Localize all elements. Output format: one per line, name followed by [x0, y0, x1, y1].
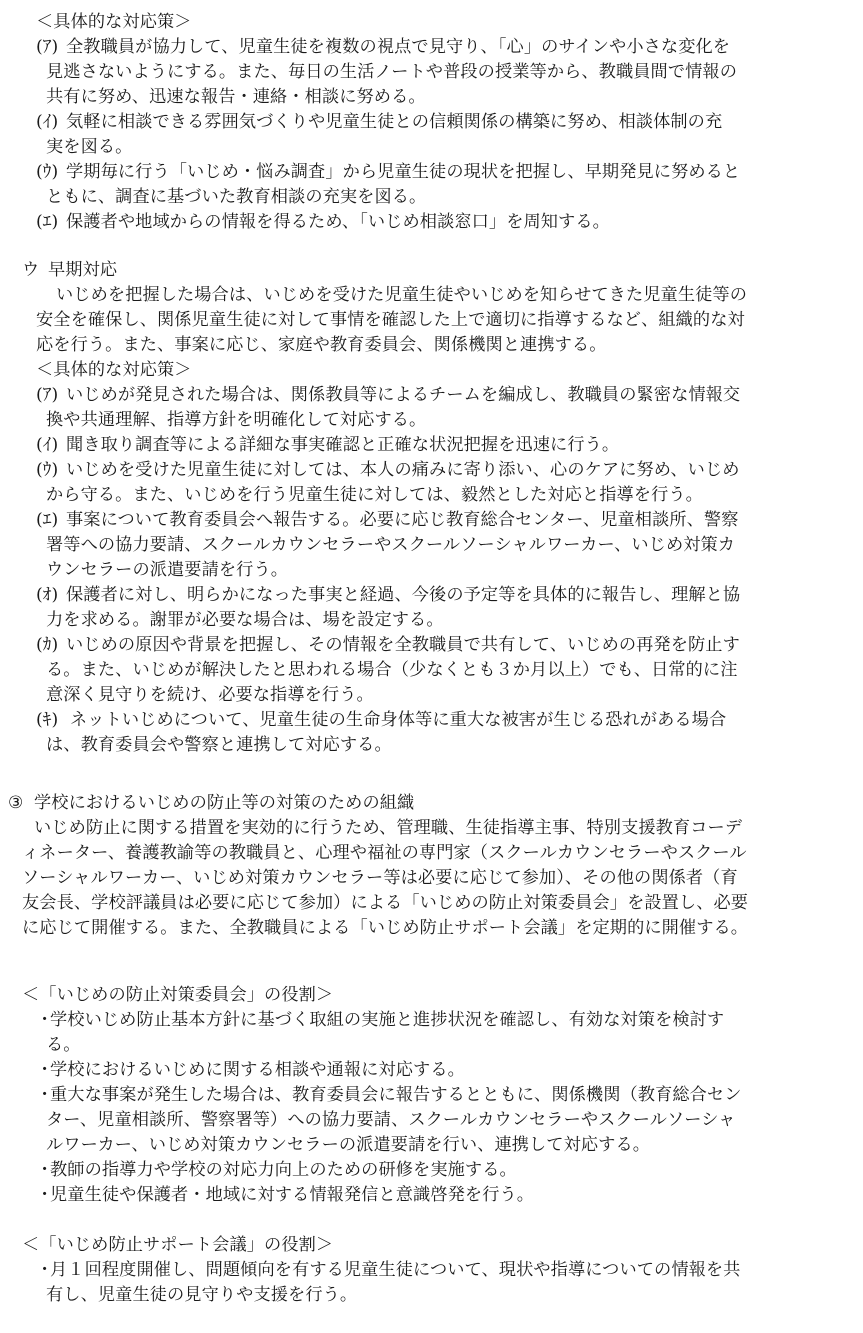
item-line: 見逃さないようにする。また、毎日の生活ノートや普段の授業等から、教職員間で情報の — [46, 60, 737, 85]
subsection-heading: ＜「いじめ防止サポート会議」の役割＞ — [22, 1233, 333, 1258]
item-line: 学期毎に行う「いじめ・悩み調査」から児童生徒の現状を把握し、早期発見に努めると — [66, 160, 740, 185]
item-line: 全教職員が協力して、児童生徒を複数の視点で見守り、「心」のサインや小さな変化を — [66, 35, 730, 60]
item-line: は、教育委員会や警察と連携して対応する。 — [46, 733, 392, 758]
item-line: から守る。また、いじめを行う児童生徒に対しては、毅然とした対応と指導を行う。 — [46, 483, 703, 508]
item-line: 力を求める。謝罪が必要な場合は、場を設定する。 — [46, 608, 444, 633]
bullet-line: ルワーカー、いじめ対策カウンセラーの派遣要請を行い、連携して対応する。 — [46, 1133, 650, 1158]
item-marker: (ｳ) — [36, 458, 58, 483]
item-line: 署等への協力要請、スクールカウンセラーやスクールソーシャルワーカー、いじめ対策カ — [46, 533, 735, 558]
paragraph-line: 安全を確保し、関係児童生徒に対して事情を確認した上で適切に指導するなど、組織的な… — [36, 308, 745, 333]
item-line: 実を図る。 — [46, 135, 132, 160]
paragraph-line: 応を行う。また、事案に応じ、家庭や教育委員会、関係機関と連携する。 — [36, 333, 607, 358]
item-line: ともに、調査に基づいた教育相談の充実を図る。 — [46, 185, 426, 210]
measures-heading: ＜具体的な対応策＞ — [36, 358, 192, 383]
item-line: 保護者や地域からの情報を得るため、「いじめ相談窓口」を周知する。 — [66, 210, 610, 235]
item-line: る。また、いじめが解決したと思われる場合（少なくとも３か月以上）でも、日常的に注 — [46, 658, 738, 683]
bullet-line: 学校いじめ防止基本方針に基づく取組の実施と進捗状況を確認し、有効な対策を検討す — [50, 1008, 724, 1033]
item-line: 保護者に対し、明らかになった事実と経過、今後の予定等を具体的に報告し、理解と協 — [66, 583, 740, 608]
paragraph-line: 友会長、学校評議員は必要に応じて参加）による「いじめの防止対策委員会」を設置し、… — [22, 891, 748, 916]
item-marker: (ｲ) — [36, 110, 58, 135]
paragraph-line: いじめ防止に関する措置を実効的に行うため、管理職、生徒指導主事、特別支援教育コー… — [34, 816, 742, 841]
item-marker: (ｱ) — [36, 383, 58, 408]
item-marker: (ｵ) — [36, 583, 58, 608]
bullet-line: 重大な事案が発生した場合は、教育委員会に報告するとともに、関係機関（教育総合セン — [50, 1083, 742, 1108]
bullet-line: 教師の指導力や学校の対応力向上のための研修を実施する。 — [50, 1158, 517, 1183]
item-marker: (ｳ) — [36, 160, 58, 185]
item-line: いじめを受けた児童生徒に対しては、本人の痛みに寄り添い、心のケアに努め、いじめ — [66, 458, 740, 483]
item-marker: (ｴ) — [36, 210, 58, 235]
item-line: 換や共通理解、指導方針を明確化して対応する。 — [46, 408, 426, 433]
item-line: 事案について教育委員会へ報告する。必要に応じ教育総合センター、児童相談所、警察 — [66, 508, 739, 533]
paragraph-line: ソーシャルワーカー、いじめ対策カウンセラー等は必要に応じて参加）、その他の関係者… — [22, 866, 738, 891]
item-line: いじめが発見された場合は、関係教員等によるチームを編成し、教職員の緊密な情報交 — [66, 383, 740, 408]
item-line: 聞き取り調査等による詳細な事実確認と正確な状況把握を迅速に行う。 — [66, 433, 619, 458]
bullet-line: 児童生徒や保護者・地域に対する情報発信と意識啓発を行う。 — [50, 1183, 534, 1208]
paragraph-line: に応じて開催する。また、全教職員による「いじめ防止サポート会議」を定期的に開催す… — [22, 916, 748, 941]
section-heading: 早期対応 — [48, 258, 117, 283]
bullet-line: 学校におけるいじめに関する相談や通報に対応する。 — [50, 1058, 465, 1083]
item-marker: (ｶ) — [36, 633, 58, 658]
section-heading: 学校におけるいじめの防止等の対策のための組織 — [34, 791, 414, 816]
item-marker: (ｱ) — [36, 35, 58, 60]
item-marker: (ｲ) — [36, 433, 58, 458]
item-marker: (ｷ) — [36, 708, 58, 733]
bullet-line: ター、児童相談所、警察署等）への協力要請、スクールカウンセラーやスクールソーシャ — [46, 1108, 735, 1133]
paragraph-line: ィネーター、養護教諭等の教職員と、心理や福祉の専門家（スクールカウンセラーやスク… — [22, 841, 747, 866]
bullet-line: 有し、児童生徒の見守りや支援を行う。 — [46, 1283, 357, 1308]
bullet-line: 月１回程度開催し、問題傾向を有する児童生徒について、現状や指導についての情報を共 — [50, 1258, 740, 1283]
item-marker: (ｴ) — [36, 508, 58, 533]
measures-heading: ＜具体的な対応策＞ — [36, 10, 192, 35]
item-line: ネットいじめについて、児童生徒の生命身体等に重大な被害が生じる恐れがある場合 — [70, 708, 726, 733]
item-line: いじめの原因や背景を把握し、その情報を全教職員で共有して、いじめの再発を防止す — [66, 633, 740, 658]
subsection-heading: ＜「いじめの防止対策委員会」の役割＞ — [22, 983, 333, 1008]
item-line: 共有に努め、迅速な報告・連絡・相談に努める。 — [46, 85, 426, 110]
item-line: 気軽に相談できる雰囲気づくりや児童生徒との信頼関係の構築に努め、相談体制の充 — [66, 110, 722, 135]
item-line: 意深く見守りを続け、必要な指導を行う。 — [46, 683, 374, 708]
bullet-line: る。 — [46, 1033, 81, 1058]
section-marker: ウ — [22, 258, 39, 283]
item-line: ウンセラーの派遣要請を行う。 — [46, 558, 288, 583]
section-marker: ③ — [8, 791, 24, 816]
paragraph-line: いじめを把握した場合は、いじめを受けた児童生徒やいじめを知らせてきた児童生徒等の — [56, 283, 747, 308]
